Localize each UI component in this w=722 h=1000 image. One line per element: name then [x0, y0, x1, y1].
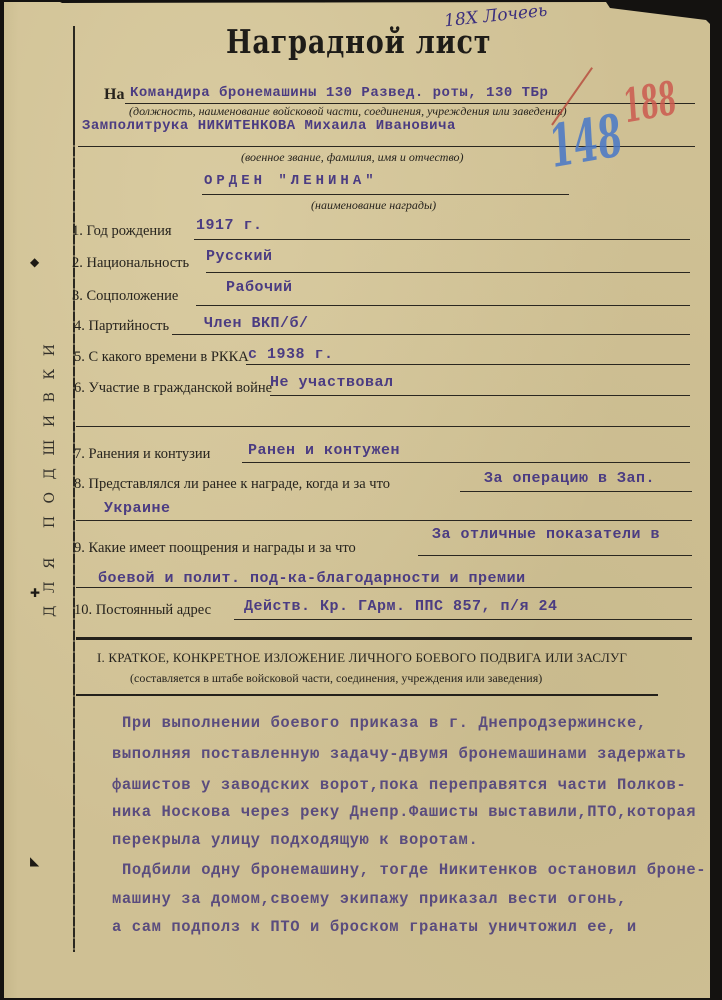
narrative-line: фашистов у заводских ворот,пока переправ… — [112, 776, 686, 794]
binding-margin-line-lower — [73, 92, 75, 952]
field-value-line2: Украине — [104, 500, 171, 517]
section-divider-top — [76, 637, 692, 640]
field-value: Не участвовал — [270, 374, 394, 391]
field-rule — [460, 491, 692, 492]
name-caption: (военное звание, фамилия, имя и отчество… — [241, 150, 464, 165]
field-rule — [246, 364, 690, 365]
section-heading: I. КРАТКОЕ, КОНКРЕТНОЕ ИЗЛОЖЕНИЕ ЛИЧНОГО… — [97, 650, 627, 666]
handwritten-number-red: 188 — [619, 71, 680, 133]
field-value-line2: боевой и полит. под-ка-благодарности и п… — [98, 570, 526, 587]
field-value: За операцию в Зап. — [484, 470, 655, 487]
field-value: Действ. Кр. ГАрм. ППС 857, п/я 24 — [244, 598, 558, 615]
position-caption: (должность, наименование войсковой части… — [129, 104, 567, 119]
position-value: Командира бронемашины 130 Развед. роты, … — [130, 85, 548, 101]
narrative-line: ника Носкова через реку Днепр.Фашисты вы… — [112, 803, 696, 821]
field-label: 4. Партийность — [74, 318, 169, 335]
field-label: 9. Какие имеет поощрения и награды и за … — [74, 540, 356, 557]
field-rule — [194, 239, 690, 240]
field-label: 10. Постоянный адрес — [74, 602, 211, 619]
narrative-line: выполняя поставленную задачу-двумя броне… — [112, 745, 686, 763]
field-label: 8. Представлялся ли ранее к награде, ког… — [74, 476, 390, 493]
section-subheading: (составляется в штабе войсковой части, с… — [130, 671, 542, 686]
narrative-line: Подбили одну бронемашину, тогде Никитенк… — [122, 861, 706, 879]
handwritten-number-blue: 148 — [544, 101, 627, 181]
award-rule — [202, 194, 569, 195]
field-label: 3. Соцположение — [72, 288, 178, 305]
name-value: Замполитрука НИКИТЕНКОВА Михаила Иванови… — [82, 118, 456, 134]
narrative-line: машину за домом,своему экипажу приказал … — [112, 890, 627, 908]
document-title: Наградной лист — [226, 22, 491, 61]
award-value: ОРДЕН "ЛЕНИНА" — [204, 173, 378, 189]
field-rule — [76, 520, 692, 521]
field-rule — [242, 462, 690, 463]
award-sheet-page: ДЛЯ ПОДШИВКИ ◆ ✚ ◣ 18Х Лочееь Наградной … — [4, 2, 710, 998]
narrative-line: При выполнении боевого приказа в г. Днеп… — [122, 714, 647, 732]
field-rule — [234, 619, 692, 620]
field-label: 1. Год рождения — [72, 223, 172, 240]
field-rule — [172, 334, 690, 335]
na-label: На — [104, 86, 124, 104]
field-value: Ранен и контужен — [248, 442, 400, 459]
field-value: с 1938 г. — [248, 346, 334, 363]
field-rule-extra — [76, 426, 690, 427]
field-rule — [270, 395, 690, 396]
field-label: 2. Национальность — [72, 255, 189, 272]
award-caption: (наименование награды) — [311, 198, 436, 213]
field-value: Русский — [206, 248, 273, 265]
field-value: Член ВКП/б/ — [204, 315, 309, 332]
ink-speck: ◣ — [30, 854, 39, 869]
narrative-line: перекрыла улицу подходящую к воротам. — [112, 831, 478, 849]
field-value: Рабочий — [226, 279, 293, 296]
field-rule — [206, 272, 690, 273]
field-label: 7. Ранения и контузии — [74, 446, 210, 463]
narrative-line: а сам подполз к ПТО и броском гранаты ун… — [112, 918, 637, 936]
field-rule — [196, 305, 690, 306]
ink-speck: ✚ — [30, 586, 40, 601]
field-value: За отличные показатели в — [432, 526, 660, 543]
section-divider-bottom — [76, 694, 658, 696]
field-rule — [418, 555, 692, 556]
binding-label: ДЛЯ ПОДШИВКИ — [42, 332, 58, 617]
ink-speck: ◆ — [30, 255, 39, 270]
field-label: 5. С какого времени в РККА — [74, 349, 249, 366]
field-label: 6. Участие в гражданской войне — [74, 380, 272, 397]
field-rule — [76, 587, 692, 588]
field-value: 1917 г. — [196, 217, 263, 234]
